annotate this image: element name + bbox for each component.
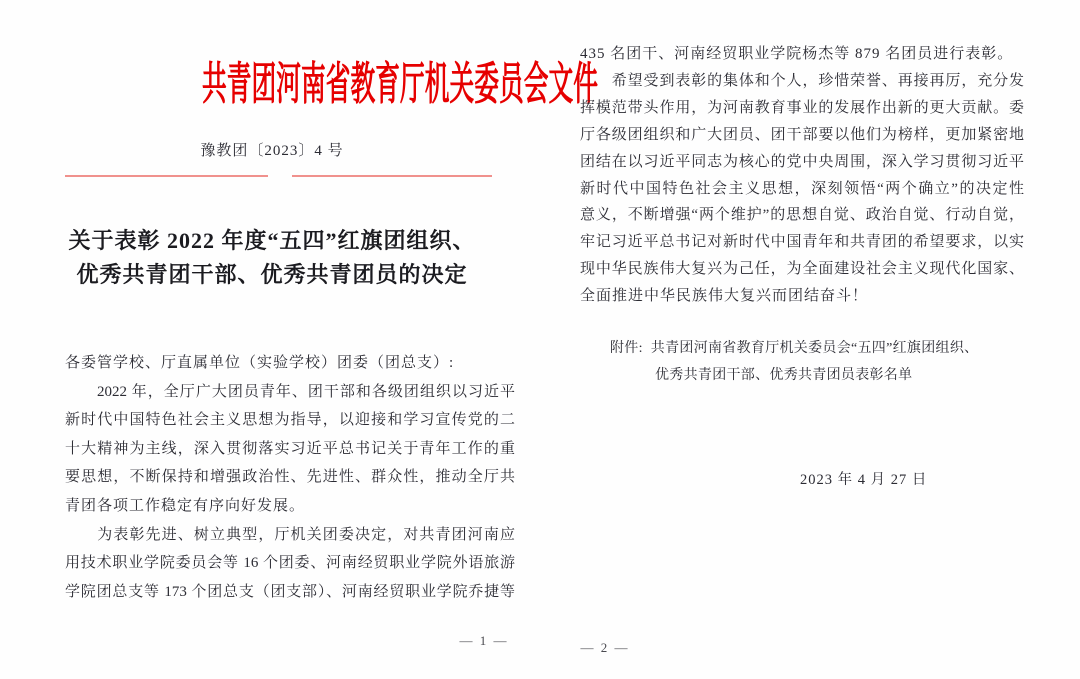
red-rule-right: [292, 175, 492, 177]
attachment-text-1: 共青团河南省教育厅机关委员会“五四”红旗团组织、: [651, 341, 979, 356]
page-2: 435 名团干、河南经贸职业学院杨杰等 879 名团员进行表彰。 希望受到表彰的…: [540, 0, 1080, 679]
document-title-line1: 关于表彰 2022 年度“五四”红旗团组织、: [40, 224, 504, 258]
page1-body: 各委管学校、厅直属单位（实验学校）团委（团总支）: 2022 年，全厅广大团员青…: [65, 349, 515, 606]
page-1: 共青团河南省教育厅机关委员会文件 豫教团〔2023〕4 号 关于表彰 2022 …: [0, 0, 540, 679]
body-line: 2022 年，全厅广大团员青年、团干部和各级团组织以习近平: [65, 378, 515, 407]
body-line: 牢记习近平总书记对新时代中国青年和共青团的希望要求，以实: [580, 229, 1024, 256]
body-line: 青团各项工作稳定有序向好发展。: [65, 492, 515, 521]
org-header: 共青团河南省教育厅机关委员会文件: [40, 60, 504, 108]
attachment-line-1: 附件:共青团河南省教育厅机关委员会“五四”红旗团组织、: [610, 335, 1010, 362]
body-line: 意义，不断增强“两个维护”的思想自觉、政治自觉、行动自觉，: [580, 202, 1024, 229]
body-line: 用技术职业学院委员会等 16 个团委、河南经贸职业学院外语旅游: [65, 549, 515, 578]
body-line: 新时代中国特色社会主义思想为指导，以迎接和学习宣传党的二: [65, 406, 515, 435]
attachment-label: 附件:: [610, 341, 643, 356]
body-line: 各委管学校、厅直属单位（实验学校）团委（团总支）:: [65, 349, 515, 378]
body-line: 厅各级团组织和广大团员、团干部要以他们为榜样，更加紧密地: [580, 122, 1024, 149]
body-line: 全面推进中华民族伟大复兴而团结奋斗！: [580, 283, 1024, 310]
org-header-text: 共青团河南省教育厅机关委员会文件: [202, 60, 598, 108]
document-title-line2: 优秀共青团干部、优秀共青团员的决定: [40, 258, 504, 292]
page-number-2: — 2 —: [555, 640, 655, 656]
body-line: 新时代中国特色社会主义思想，深刻领悟“两个确立”的决定性: [580, 176, 1024, 203]
body-line: 挥模范带头作用，为河南教育事业的发展作出新的更大贡献。委: [580, 95, 1024, 122]
body-line: 435 名团干、河南经贸职业学院杨杰等 879 名团员进行表彰。: [580, 41, 1024, 68]
body-line: 学院团总支等 173 个团总支（团支部）、河南经贸职业学院乔捷等: [65, 578, 515, 607]
body-line: 希望受到表彰的集体和个人，珍惜荣誉、再接再厉，充分发: [580, 68, 1024, 95]
attachment-line-2: 优秀共青团干部、优秀共青团员表彰名单: [610, 362, 1010, 389]
page-number-1: — 1 —: [434, 633, 534, 649]
body-line: 团结在以习近平同志为核心的党中央周围，深入学习贯彻习近平: [580, 149, 1024, 176]
attachment-note: 附件:共青团河南省教育厅机关委员会“五四”红旗团组织、 优秀共青团干部、优秀共青…: [610, 335, 1010, 389]
doc-number: 豫教团〔2023〕4 号: [40, 142, 504, 160]
document-title: 关于表彰 2022 年度“五四”红旗团组织、 优秀共青团干部、优秀共青团员的决定: [40, 224, 504, 292]
body-line: 要思想，不断保持和增强政治性、先进性、群众性，推动全厅共: [65, 463, 515, 492]
document-scan: 共青团河南省教育厅机关委员会文件 豫教团〔2023〕4 号 关于表彰 2022 …: [0, 0, 1080, 679]
issue-date: 2023 年 4 月 27 日: [800, 471, 927, 489]
body-line: 十大精神为主线，深入贯彻落实习近平总书记关于青年工作的重: [65, 435, 515, 464]
body-line: 现中华民族伟大复兴为己任，为全面建设社会主义现代化国家、: [580, 256, 1024, 283]
page2-body: 435 名团干、河南经贸职业学院杨杰等 879 名团员进行表彰。 希望受到表彰的…: [580, 41, 1024, 310]
red-rule-left: [65, 175, 268, 177]
body-line: 为表彰先进、树立典型，厅机关团委决定，对共青团河南应: [65, 521, 515, 550]
